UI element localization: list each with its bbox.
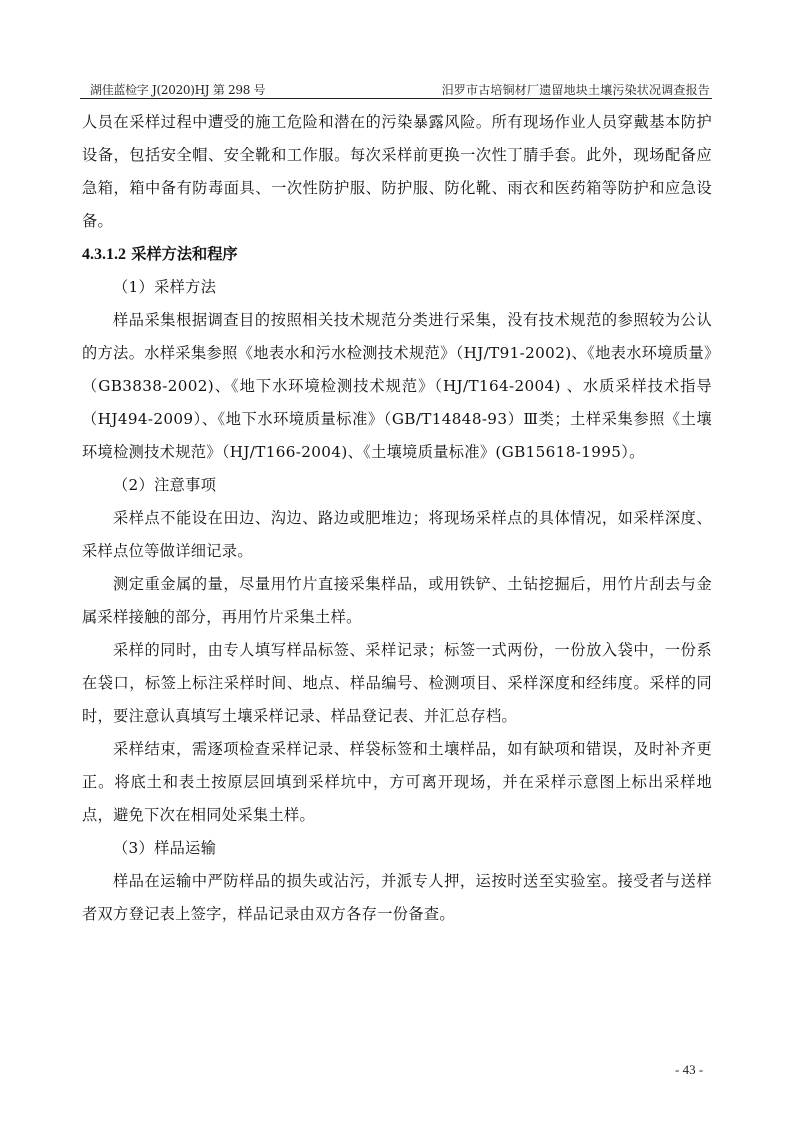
report-title: 汨罗市古培铜材厂遗留地块土壤污染状况调查报告	[442, 81, 710, 98]
subsection-heading-precautions: （2）注意事项	[82, 469, 712, 502]
page-number: - 43 -	[675, 1062, 703, 1078]
paragraph-sampling-method: 样品采集根据调查目的按照相关技术规范分类进行采集，没有技术规范的参照较为公认的方…	[82, 304, 712, 469]
paragraph-precautions-4: 采样结束，需逐项检查采样记录、样袋标签和土壤样品，如有缺项和错误，及时补齐更正。…	[82, 733, 712, 832]
paragraph-transport: 样品在运输中严防样品的损失或沾污，并派专人押，运按时送至实验室。接受者与送样者双…	[82, 865, 712, 931]
subsection-heading-sampling-method: （1）采样方法	[82, 271, 712, 304]
section-number: 4.3.1.2	[82, 246, 126, 263]
intro-paragraph: 人员在采样过程中遭受的施工危险和潜在的污染暴露风险。所有现场作业人员穿戴基本防护…	[82, 106, 712, 238]
report-number: 湖佳蓝检字 J(2020)HJ 第 298 号	[90, 81, 265, 98]
paragraph-precautions-2: 测定重金属的量，尽量用竹片直接采集样品，或用铁铲、土钻挖掘后，用竹片刮去与金属采…	[82, 568, 712, 634]
page-header: 湖佳蓝检字 J(2020)HJ 第 298 号 汨罗市古培铜材厂遗留地块土壤污染…	[80, 80, 712, 99]
document-body: 人员在采样过程中遭受的施工危险和潜在的污染暴露风险。所有现场作业人员穿戴基本防护…	[82, 106, 712, 931]
section-heading: 4.3.1.2 采样方法和程序	[82, 238, 712, 271]
paragraph-precautions-3: 采样的同时，由专人填写样品标签、采样记录；标签一式两份，一份放入袋中，一份系在袋…	[82, 634, 712, 733]
subsection-heading-transport: （3）样品运输	[82, 832, 712, 865]
paragraph-precautions-1: 采样点不能设在田边、沟边、路边或肥堆边；将现场采样点的具体情况，如采样深度、采样…	[82, 502, 712, 568]
section-title: 采样方法和程序	[131, 245, 237, 263]
